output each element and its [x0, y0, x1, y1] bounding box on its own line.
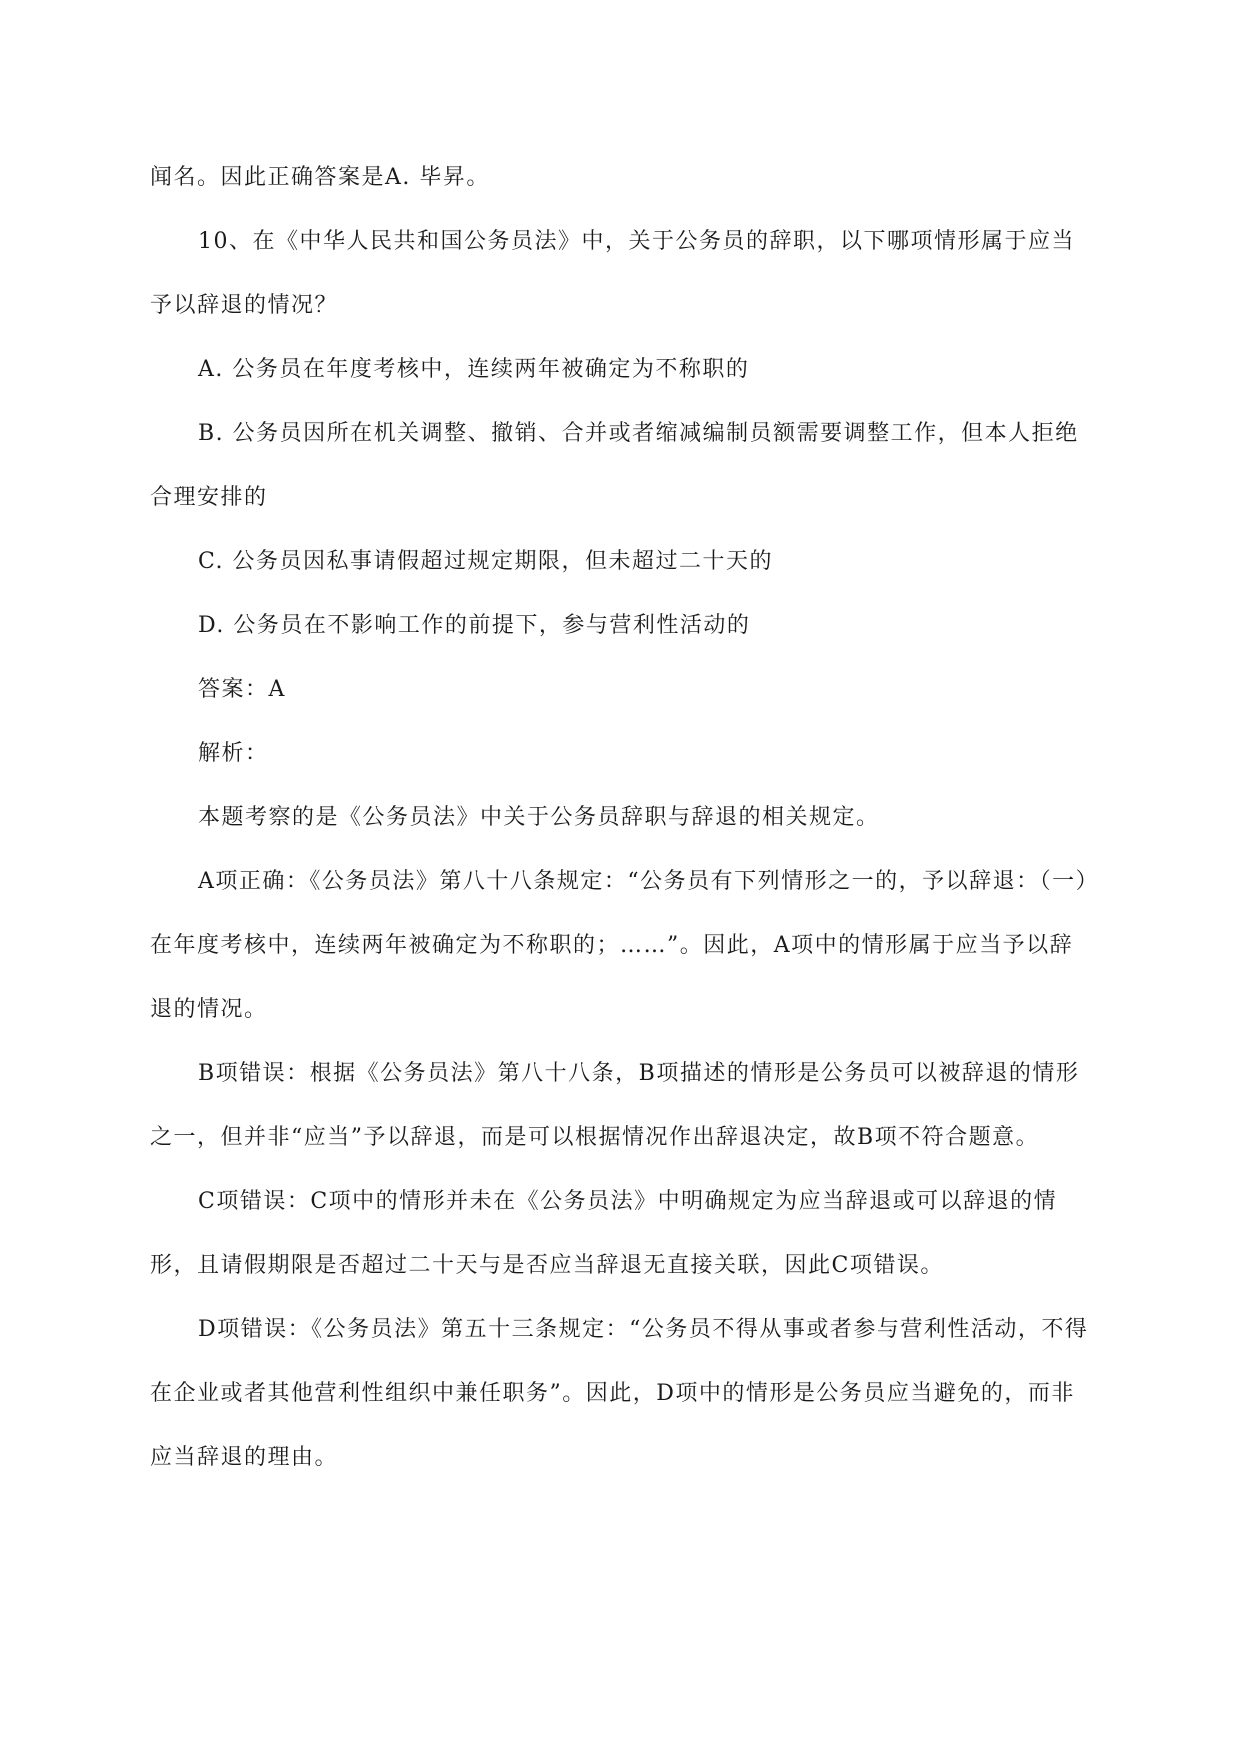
- analysis-option-b: B项错误：根据《公务员法》第八十八条，B项描述的情形是公务员可以被辞退的情形之一…: [150, 1042, 1090, 1170]
- analysis-option-c: C项错误：C项中的情形并未在《公务员法》中明确规定为应当辞退或可以辞退的情形，且…: [150, 1170, 1090, 1298]
- document-body: 闻名。因此正确答案是A. 毕昇。 10、在《中华人民共和国公务员法》中，关于公务…: [150, 146, 1090, 1490]
- option-a: A. 公务员在年度考核中，连续两年被确定为不称职的: [150, 338, 1090, 402]
- previous-answer-tail: 闻名。因此正确答案是A. 毕昇。: [150, 146, 1090, 210]
- option-d: D. 公务员在不影响工作的前提下，参与营利性活动的: [150, 594, 1090, 658]
- option-b: B. 公务员因所在机关调整、撤销、合并或者缩减编制员额需要调整工作，但本人拒绝合…: [150, 402, 1090, 530]
- analysis-option-d: D项错误：《公务员法》第五十三条规定：“公务员不得从事或者参与营利性活动，不得在…: [150, 1298, 1090, 1490]
- question-10-stem: 10、在《中华人民共和国公务员法》中，关于公务员的辞职，以下哪项情形属于应当予以…: [150, 210, 1090, 338]
- answer-line: 答案：A: [150, 658, 1090, 722]
- analysis-label: 解析：: [150, 722, 1090, 786]
- document-page: 闻名。因此正确答案是A. 毕昇。 10、在《中华人民共和国公务员法》中，关于公务…: [0, 0, 1241, 1754]
- analysis-intro: 本题考察的是《公务员法》中关于公务员辞职与辞退的相关规定。: [150, 786, 1090, 850]
- analysis-option-a: A项正确：《公务员法》第八十八条规定：“公务员有下列情形之一的，予以辞退：（一）…: [150, 850, 1090, 1042]
- option-c: C. 公务员因私事请假超过规定期限，但未超过二十天的: [150, 530, 1090, 594]
